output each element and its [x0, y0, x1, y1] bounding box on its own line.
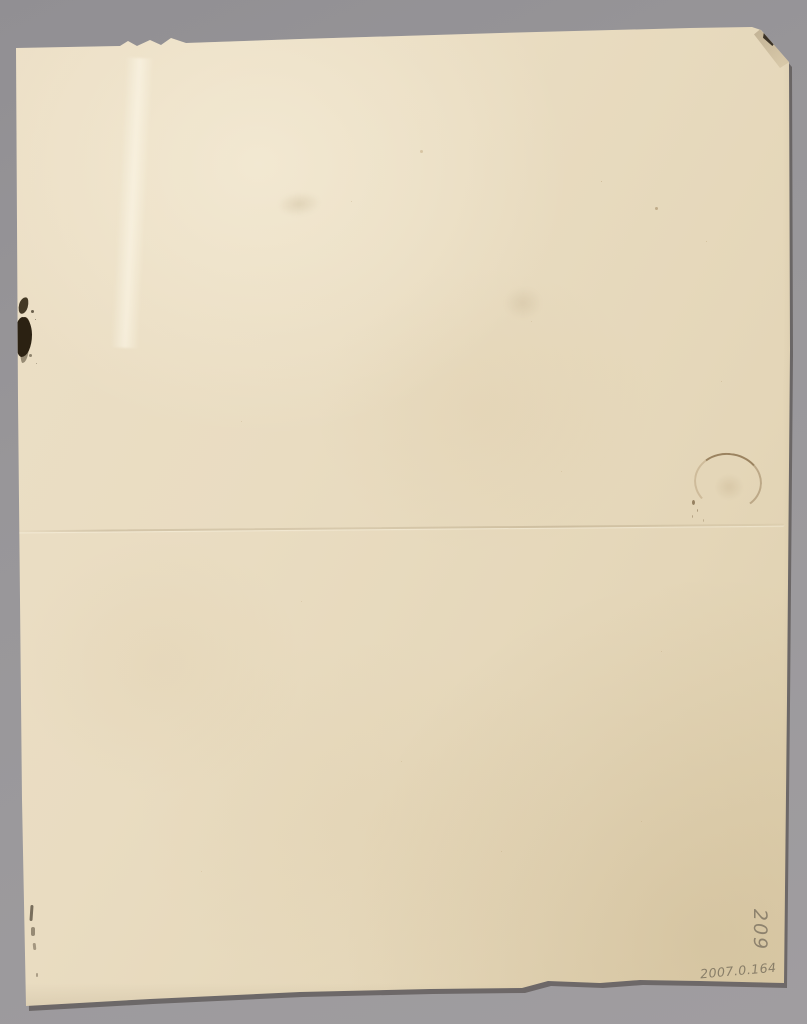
- ring-stain-smudge: [710, 470, 748, 504]
- pencil-catalog-number-text: 209: [749, 909, 771, 951]
- ink-blot-stain: [13, 296, 39, 366]
- edge-mark: [29, 905, 33, 921]
- left-edge-marks: [28, 905, 42, 990]
- faint-smudge-upper: [268, 185, 329, 223]
- pencil-catalog-number: 209: [744, 903, 776, 957]
- photo-backdrop: 209 2007.0.164: [0, 0, 807, 1024]
- edge-mark: [36, 973, 38, 977]
- edge-mark: [31, 927, 35, 936]
- faint-smudge-middle: [498, 282, 548, 324]
- ring-stain-specks: [692, 500, 695, 505]
- ink-blot-lobe: [17, 296, 30, 315]
- foxing-specks: [420, 150, 423, 153]
- ink-blot-lobe: [15, 317, 32, 357]
- edge-mark: [33, 943, 37, 950]
- ink-blot-speckles: [31, 310, 34, 313]
- paper-sheet: 209 2007.0.164: [0, 0, 807, 1024]
